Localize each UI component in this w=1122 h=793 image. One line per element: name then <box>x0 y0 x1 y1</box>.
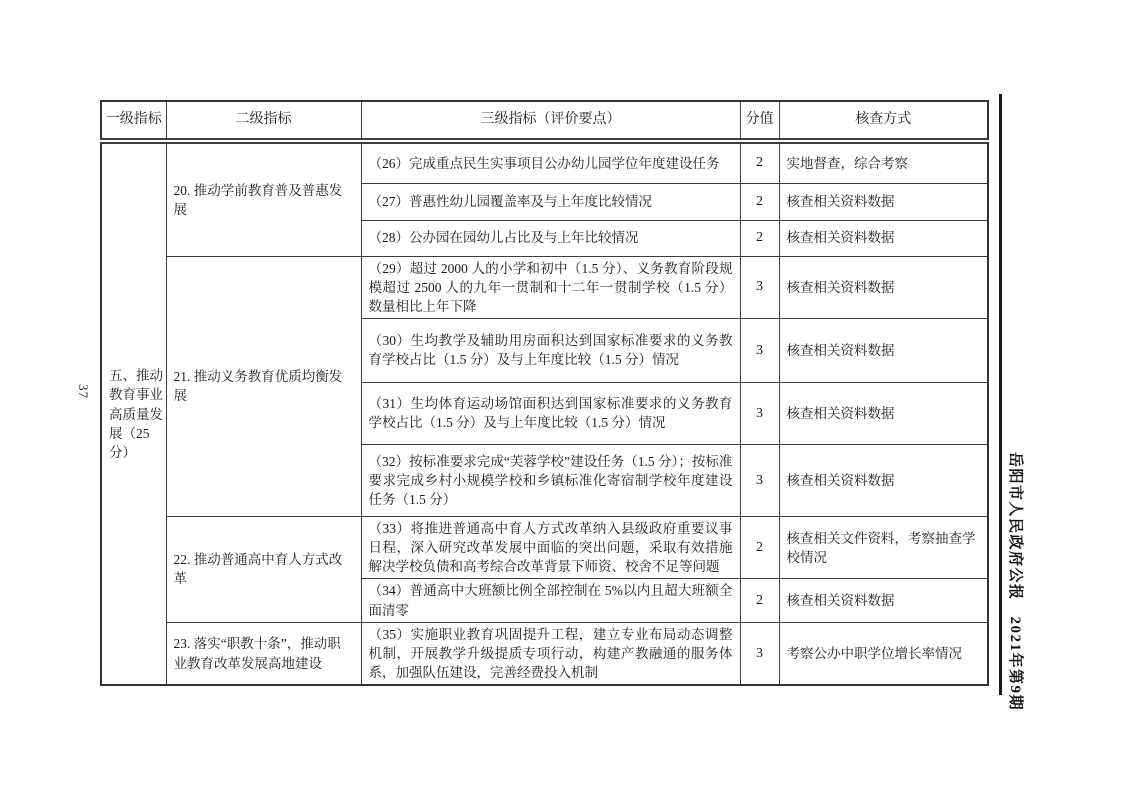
item-30-method: 核查相关资料数据 <box>779 318 988 382</box>
item-33-method: 核查相关文件资料，考察抽查学校情况 <box>779 516 988 578</box>
table-row: 五、推动 教育事业 高质量发 展（25 分） 20. 推动学前教育普及普惠发展 … <box>101 141 988 183</box>
item-32-text: （32）按标准要求完成“芙蓉学校”建设任务（1.5 分）；按标准要求完成乡村小规… <box>361 444 740 516</box>
table-row: 22. 推动普通高中育人方式改革 （33）将推进普通高中育人方式改革纳入县级政府… <box>101 516 988 578</box>
item-27-text: （27）普惠性幼儿园覆盖率及与上年度比较情况 <box>361 183 740 220</box>
item-30-text: （30）生均教学及辅助用房面积达到国家标准要求的义务教育学校占比（1.5 分）及… <box>361 318 740 382</box>
level1-indicator-cell: 五、推动 教育事业 高质量发 展（25 分） <box>101 141 166 685</box>
item-30-score: 3 <box>740 318 779 382</box>
gazette-issue: 2021年第9期 <box>1007 617 1023 712</box>
item-31-score: 3 <box>740 382 779 444</box>
item-28-text: （28）公办园在园幼儿占比及与上年比较情况 <box>361 220 740 256</box>
header-level2: 二级指标 <box>166 101 361 141</box>
item-33-score: 2 <box>740 516 779 578</box>
item-26-method: 实地督查，综合考察 <box>779 141 988 183</box>
item-34-method: 核查相关资料数据 <box>779 579 988 622</box>
item-29-text: （29）超过 2000 人的小学和初中（1.5 分）、义务教育阶段规模超过 25… <box>361 256 740 318</box>
item-32-method: 核查相关资料数据 <box>779 444 988 516</box>
page-number: 37 <box>75 384 91 399</box>
item-27-score: 2 <box>740 183 779 220</box>
item-28-score: 2 <box>740 220 779 256</box>
item-35-method: 考察公办中职学位增长率情况 <box>779 622 988 685</box>
item-29-method: 核查相关资料数据 <box>779 256 988 318</box>
level2-group-20-cell: 20. 推动学前教育普及普惠发展 <box>166 141 361 256</box>
level1-indicator-text: 五、推动 教育事业 高质量发 展（25 分） <box>109 366 166 462</box>
header-level3: 三级指标（评价要点） <box>361 101 740 141</box>
margin-rule <box>999 94 1002 695</box>
item-34-text: （34）普通高中大班额比例全部控制在 5%以内且超大班额全面清零 <box>361 579 740 622</box>
item-31-text: （31）生均体育运动场馆面积达到国家标准要求的义务教育学校占比（1.5 分）及与… <box>361 382 740 444</box>
item-35-score: 3 <box>740 622 779 685</box>
header-level1: 一级指标 <box>101 101 166 141</box>
header-method: 核查方式 <box>779 101 988 141</box>
item-26-text: （26）完成重点民生实事项目公办幼儿园学位年度建设任务 <box>361 141 740 183</box>
item-29-score: 3 <box>740 256 779 318</box>
table-header-row: 一级指标 二级指标 三级指标（评价要点） 分值 核查方式 <box>101 101 988 141</box>
table-row: 23. 落实“职教十条”，推动职业教育改革发展高地建设 （35）实施职业教育巩固… <box>101 622 988 685</box>
item-31-method: 核查相关资料数据 <box>779 382 988 444</box>
item-34-score: 2 <box>740 579 779 622</box>
item-26-score: 2 <box>740 141 779 183</box>
indicator-table: 一级指标 二级指标 三级指标（评价要点） 分值 核查方式 五、推动 教育事业 高… <box>100 100 989 686</box>
gazette-title: 岳阳市人民政府公报 <box>1007 452 1023 601</box>
table-row: 21. 推动义务教育优质均衡发展 （29）超过 2000 人的小学和初中（1.5… <box>101 256 988 318</box>
gazette-page: 37 岳阳市人民政府公报2021年第9期 一级指标 二级指标 三级指标（评价要点… <box>0 0 1122 793</box>
item-27-method: 核查相关资料数据 <box>779 183 988 220</box>
item-28-method: 核查相关资料数据 <box>779 220 988 256</box>
level2-group-22-cell: 22. 推动普通高中育人方式改革 <box>166 516 361 622</box>
gazette-margin-note: 岳阳市人民政府公报2021年第9期 <box>1006 452 1027 711</box>
level2-group-23-cell: 23. 落实“职教十条”，推动职业教育改革发展高地建设 <box>166 622 361 685</box>
item-33-text: （33）将推进普通高中育人方式改革纳入县级政府重要议事日程，深入研究改革发展中面… <box>361 516 740 578</box>
item-32-score: 3 <box>740 444 779 516</box>
level2-group-21-cell: 21. 推动义务教育优质均衡发展 <box>166 256 361 516</box>
item-35-text: （35）实施职业教育巩固提升工程，建立专业布局动态调整机制，开展教学升级提质专项… <box>361 622 740 685</box>
header-score: 分值 <box>740 101 779 141</box>
